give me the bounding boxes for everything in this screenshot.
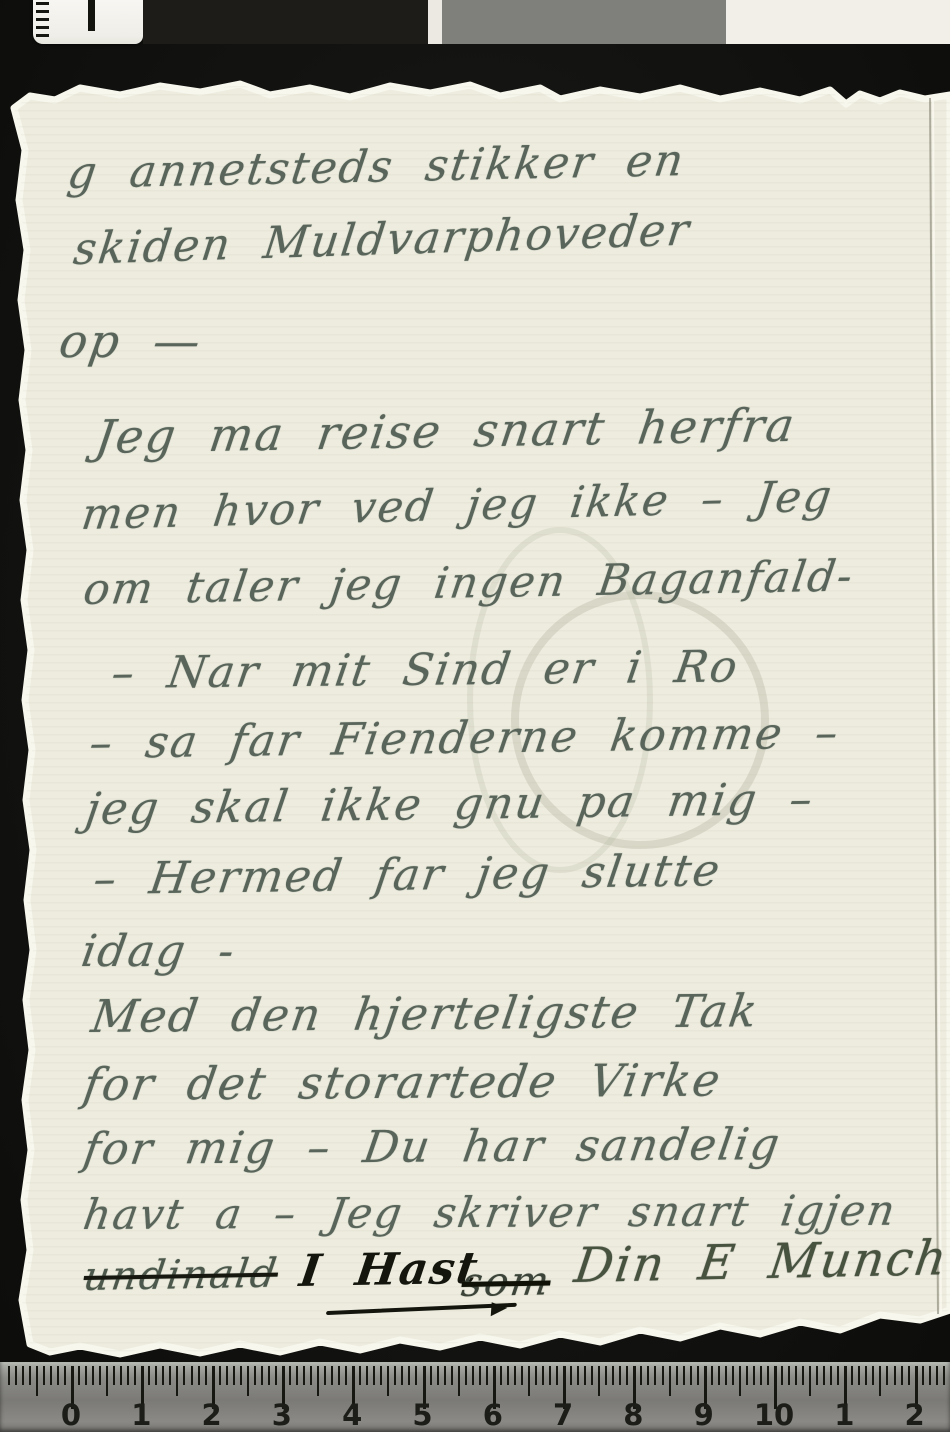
ruler-tick — [577, 1366, 579, 1385]
ruler-tick — [296, 1366, 298, 1385]
handwriting-line: – Nar mit Sind er i Ro — [108, 641, 742, 699]
ruler-tick — [619, 1366, 621, 1385]
ruler-tick — [169, 1366, 171, 1385]
ruler-tick — [317, 1366, 319, 1396]
ruler-tick — [331, 1366, 333, 1385]
ruler-tick — [289, 1366, 291, 1385]
handwriting-layer: g annetsteds stikker enskiden Muldvarpho… — [0, 0, 950, 1432]
ruler-tick — [858, 1366, 860, 1385]
ruler-tick — [148, 1366, 150, 1385]
ruler-tick — [43, 1366, 45, 1385]
ruler-tick — [247, 1366, 249, 1396]
ruler-number: 2 — [885, 1398, 945, 1432]
ruler-tick — [612, 1366, 614, 1385]
handwriting-line: – sa far Fienderne komme – — [86, 707, 843, 769]
ruler-number: 6 — [463, 1398, 523, 1432]
ruler-tick — [380, 1366, 382, 1385]
ruler-tick — [205, 1366, 207, 1385]
ruler-tick — [106, 1366, 108, 1396]
handwriting-line: havt a – Jeg skriver snart igjen — [80, 1186, 900, 1239]
ruler-tick — [725, 1366, 727, 1385]
ruler-tick — [739, 1366, 741, 1396]
ruler-tick — [359, 1366, 361, 1385]
ruler-tick — [394, 1366, 396, 1385]
ruler-tick — [366, 1366, 368, 1385]
ruler-tick — [697, 1366, 699, 1385]
ruler-tick — [662, 1366, 664, 1385]
ruler-tick — [591, 1366, 593, 1385]
bottom-ruler: 01234567891012 — [0, 1362, 950, 1432]
ruler-tick — [261, 1366, 263, 1385]
ruler-tick — [865, 1366, 867, 1385]
ruler-tick — [408, 1366, 410, 1385]
ruler-tick — [57, 1366, 59, 1385]
ruler-tick — [605, 1366, 607, 1385]
ruler-tick — [908, 1366, 910, 1385]
ruler-number: 4 — [322, 1398, 382, 1432]
ruler-tick — [113, 1366, 115, 1385]
ruler-tick — [654, 1366, 656, 1385]
ruler-number: 3 — [252, 1398, 312, 1432]
handwriting-line: Jeg ma reise snart herfra — [92, 398, 799, 464]
ruler-number: 0 — [41, 1398, 101, 1432]
ruler-number: 2 — [182, 1398, 242, 1432]
ruler-tick — [451, 1366, 453, 1385]
ruler-tick — [268, 1366, 270, 1385]
closing-segment-struck: undinald — [81, 1251, 281, 1301]
ruler-tick — [514, 1366, 516, 1385]
ruler-tick — [254, 1366, 256, 1385]
handwriting-line: Med den hjerteligste Tak — [88, 984, 763, 1043]
ruler-tick — [338, 1366, 340, 1385]
ruler-tick — [943, 1366, 945, 1385]
ruler-tick — [788, 1366, 790, 1385]
ruler-tick — [676, 1366, 678, 1385]
ruler-tick — [767, 1366, 769, 1385]
ruler-tick — [162, 1366, 164, 1385]
ruler-tick — [746, 1366, 748, 1385]
ruler-tick — [901, 1366, 903, 1385]
ruler-tick — [29, 1366, 31, 1385]
handwriting-line: jeg skal ikke gnu pa mig – — [82, 774, 817, 835]
ruler-tick — [486, 1366, 488, 1385]
ruler-tick — [50, 1366, 52, 1385]
ruler-tick — [584, 1366, 586, 1385]
handwriting-line: – Hermed far jeg slutte — [90, 845, 724, 905]
ruler-tick — [78, 1366, 80, 1385]
ruler-tick — [570, 1366, 572, 1385]
ruler-tick — [401, 1366, 403, 1385]
ruler-tick — [809, 1366, 811, 1396]
ruler-number: 7 — [533, 1398, 593, 1432]
handwriting-line: for mig – Du har sandelig — [80, 1119, 784, 1175]
ruler-tick — [444, 1366, 446, 1385]
ruler-tick — [936, 1366, 938, 1385]
handwriting-line: g annetsteds stikker en — [64, 135, 688, 199]
ruler-number: 10 — [744, 1398, 804, 1432]
ruler-tick — [472, 1366, 474, 1385]
ruler-tick — [240, 1366, 242, 1385]
ruler-tick — [851, 1366, 853, 1385]
ruler-tick — [8, 1366, 10, 1385]
ruler-tick — [837, 1366, 839, 1385]
ruler-tick — [711, 1366, 713, 1385]
ruler-tick — [647, 1366, 649, 1385]
ruler-tick — [437, 1366, 439, 1385]
ruler-tick — [521, 1366, 523, 1385]
ruler-tick — [85, 1366, 87, 1385]
ruler-tick — [922, 1366, 924, 1385]
ruler-tick — [816, 1366, 818, 1385]
ruler-tick — [64, 1366, 66, 1385]
ruler-tick — [198, 1366, 200, 1385]
handwriting-line: men hvor ved jeg ikke – Jeg — [79, 472, 836, 541]
ruler-tick — [15, 1366, 17, 1385]
ruler-tick — [233, 1366, 235, 1385]
ruler-tick — [226, 1366, 228, 1385]
ruler-tick — [310, 1366, 312, 1385]
ruler-number: 9 — [674, 1398, 734, 1432]
ruler-tick — [479, 1366, 481, 1385]
ruler-tick — [872, 1366, 874, 1385]
ruler-tick — [275, 1366, 277, 1385]
ruler-tick — [127, 1366, 129, 1385]
ruler-tick — [373, 1366, 375, 1385]
ruler-tick — [345, 1366, 347, 1385]
ruler-tick — [465, 1366, 467, 1385]
ruler-tick — [753, 1366, 755, 1385]
handwriting-line: for det storartede Virke — [80, 1054, 725, 1112]
ruler-tick — [732, 1366, 734, 1385]
handwriting-line: om taler jeg ingen Baganfald- — [80, 551, 857, 615]
ruler-tick — [430, 1366, 432, 1385]
ruler-number: 5 — [393, 1398, 453, 1432]
ruler-tick — [535, 1366, 537, 1385]
ruler-tick — [542, 1366, 544, 1385]
ruler-tick — [823, 1366, 825, 1385]
ruler-tick — [99, 1366, 101, 1385]
ruler-tick — [324, 1366, 326, 1385]
ruler-tick — [36, 1366, 38, 1396]
ruler-tick — [176, 1366, 178, 1396]
ruler-tick — [626, 1366, 628, 1385]
handwriting-line: idag - — [78, 926, 240, 977]
ruler-tick — [303, 1366, 305, 1385]
handwriting-line: skiden Muldvarphoveder — [71, 205, 694, 276]
ruler-number: 8 — [603, 1398, 663, 1432]
ruler-tick — [22, 1366, 24, 1385]
ruler-tick — [718, 1366, 720, 1385]
ruler-tick — [191, 1366, 193, 1385]
ruler-tick — [387, 1366, 389, 1396]
ruler-tick — [886, 1366, 888, 1385]
ruler-tick — [894, 1366, 896, 1385]
handwriting-line: op — — [56, 314, 206, 368]
ruler-tick — [556, 1366, 558, 1385]
ruler-tick — [598, 1366, 600, 1396]
ruler-tick — [690, 1366, 692, 1385]
closing-segment-struck-dark: som — [459, 1258, 554, 1306]
ruler-tick — [500, 1366, 502, 1385]
ruler-tick — [549, 1366, 551, 1385]
ruler-tick — [507, 1366, 509, 1385]
ruler-tick — [683, 1366, 685, 1385]
ruler-tick — [183, 1366, 185, 1385]
ruler-tick — [415, 1366, 417, 1385]
ruler-tick — [795, 1366, 797, 1385]
ruler-number: 1 — [111, 1398, 171, 1432]
ruler-tick — [879, 1366, 881, 1396]
closing-segment-dark-underline: I Hast — [296, 1243, 482, 1297]
ruler-tick — [92, 1366, 94, 1385]
ruler-tick — [640, 1366, 642, 1385]
ruler-tick — [669, 1366, 671, 1396]
ruler-tick — [781, 1366, 783, 1385]
ruler-tick — [219, 1366, 221, 1385]
ruler-tick — [929, 1366, 931, 1385]
ruler-number: 1 — [814, 1398, 874, 1432]
ruler-tick — [155, 1366, 157, 1385]
ruler-tick — [830, 1366, 832, 1385]
ruler-tick — [458, 1366, 460, 1396]
ruler-tick — [528, 1366, 530, 1396]
ruler-tick — [120, 1366, 122, 1385]
ruler-tick — [802, 1366, 804, 1385]
signature: Din E Munch — [571, 1230, 950, 1294]
ruler-tick — [760, 1366, 762, 1385]
ruler-tick — [134, 1366, 136, 1385]
